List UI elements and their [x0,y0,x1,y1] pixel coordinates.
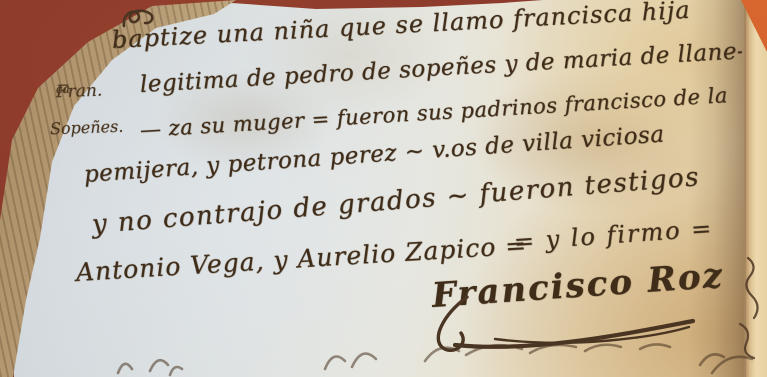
margin-abbrev: Fran. [56,81,103,103]
closing-formula: = y lo firmo = [513,214,714,256]
manuscript-photo: baptize una niña que se llamo francisca … [0,0,767,377]
margin-note-name: Fran.ca [56,82,71,106]
next-entry-partial-strokes [0,343,767,377]
margin-note-surname: Sopeñes. [50,117,124,139]
